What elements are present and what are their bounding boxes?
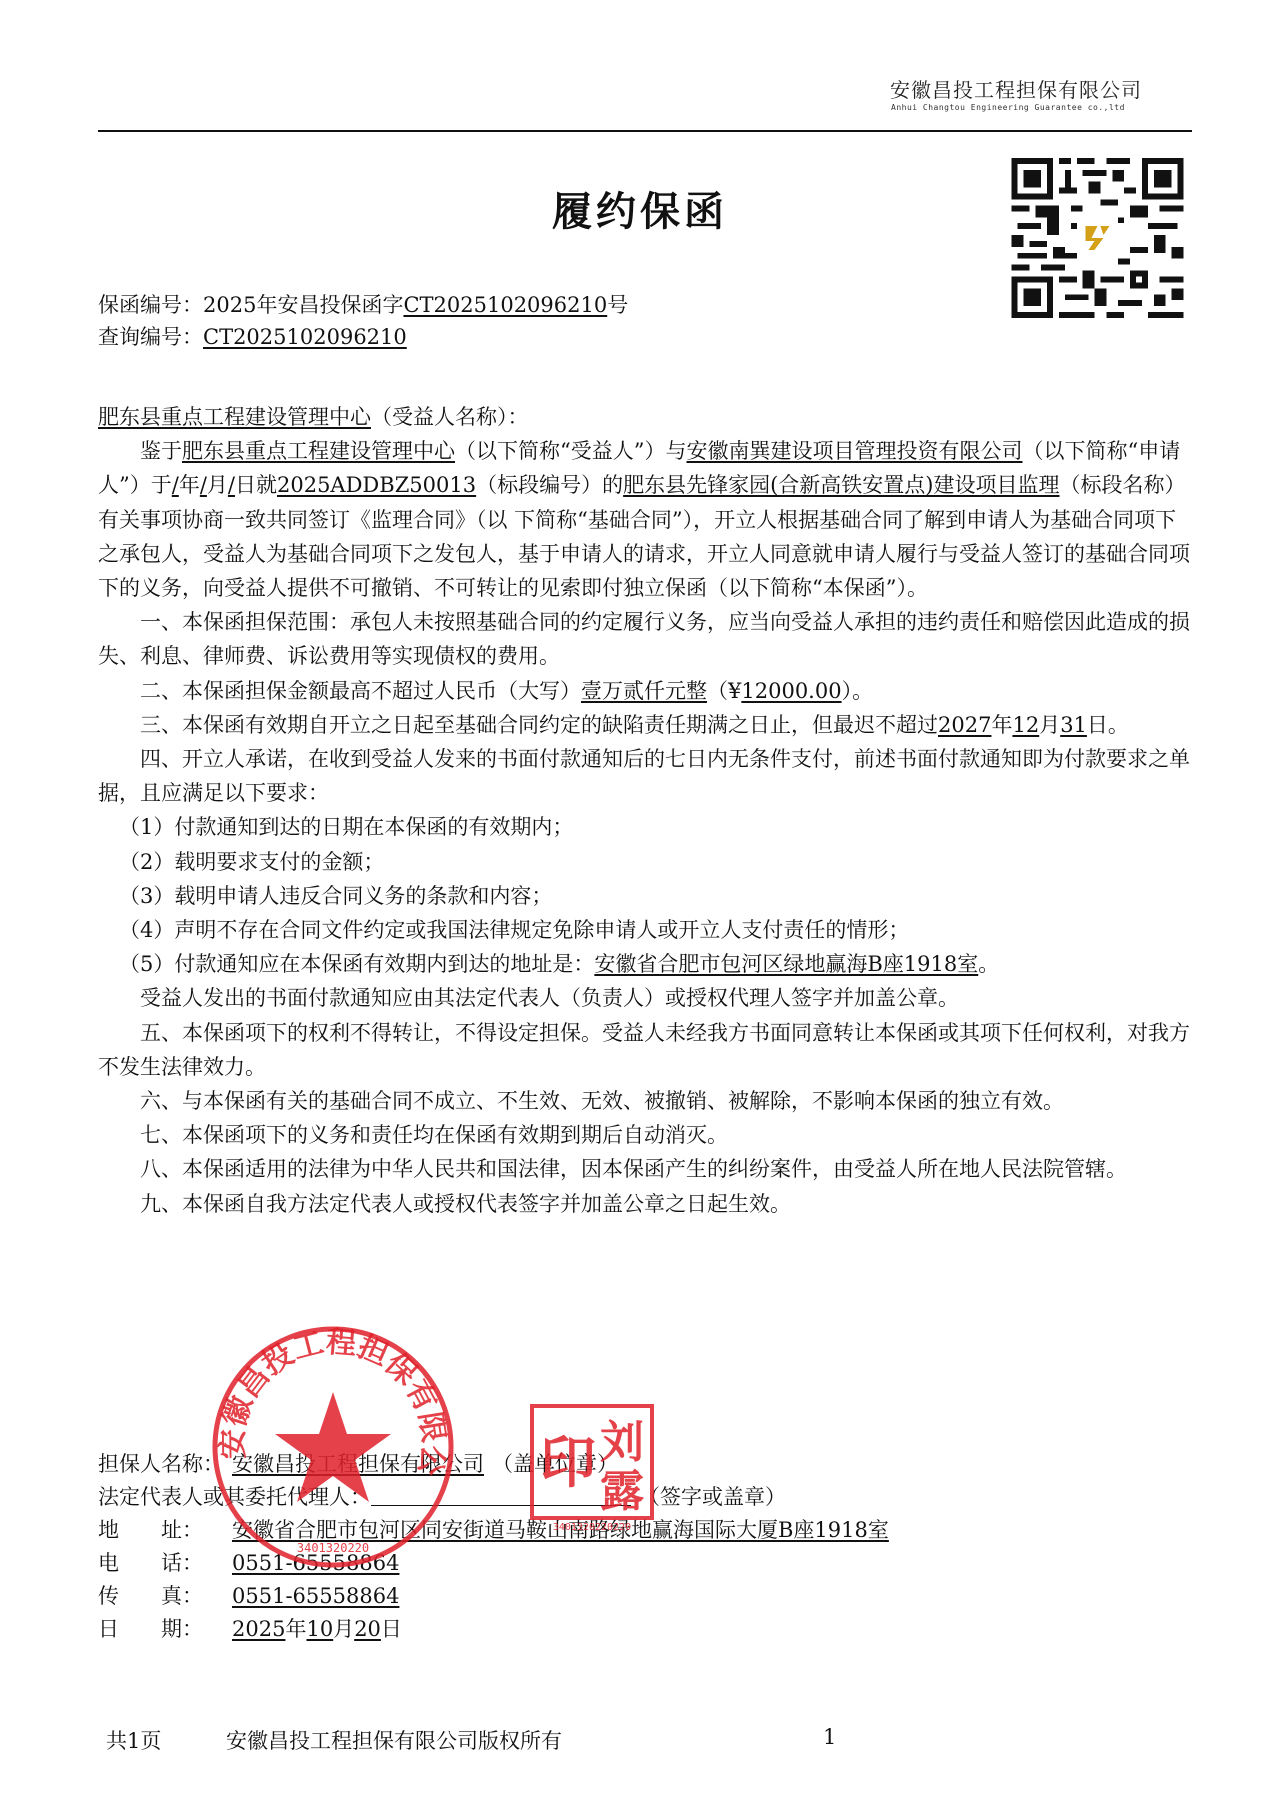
phone-value: 0551-65558864 xyxy=(232,1551,399,1575)
contract-year-blank: / xyxy=(172,473,179,497)
fax-label: 传 真： xyxy=(98,1580,232,1613)
clause-5: 五、本保函项下的权利不得转让，不得设定担保。受益人未经我方书面同意转让本保函或其… xyxy=(98,1016,1190,1084)
requirement-1: （1）付款通知到达的日期在本保函的有效期内； xyxy=(98,810,1190,844)
phone-label: 电 话： xyxy=(98,1547,232,1580)
representative-label: 法定代表人或其委托代理人： xyxy=(98,1485,371,1509)
intro-text: （标段编号）的 xyxy=(476,473,623,497)
section-name: 肥东县先锋家园(合新高铁安置点)建设项目监理 xyxy=(623,473,1059,497)
clause-2: 二、本保函担保金额最高不超过人民币（大写）壹万贰仟元整（¥12000.00）。 xyxy=(98,674,1190,708)
clause-text: （¥ xyxy=(707,679,741,703)
expiry-month: 12 xyxy=(1012,713,1039,737)
guarantee-number-line: 保函编号：2025年安昌投保函字CT2025102096210号 xyxy=(98,289,628,321)
guarantee-number-value: CT2025102096210 xyxy=(403,293,607,317)
fax-line: 传 真：0551-65558864 xyxy=(98,1580,889,1613)
fax-value: 0551-65558864 xyxy=(232,1584,399,1608)
intro-paragraph: 鉴于肥东县重点工程建设管理中心（以下简称“受益人”）与安徽南巽建设项目管理投资有… xyxy=(98,434,1190,605)
representative-line: 法定代表人或其委托代理人：（签字或盖章） xyxy=(98,1481,889,1514)
addressee-suffix: （受益人名称）： xyxy=(371,405,529,429)
query-number-label: 查询编号： xyxy=(98,325,203,349)
intro-text: 日就 xyxy=(235,473,277,497)
date-line: 日 期：2025年10月20日 xyxy=(98,1613,889,1646)
date-day: 20 xyxy=(354,1617,381,1641)
footer-page-count: 共1页 xyxy=(106,1725,161,1755)
notice-address: 安徽省合肥市包河区绿地赢海B座1918室 xyxy=(594,952,978,976)
clause-text: 年 xyxy=(991,713,1012,737)
guarantor-label: 担保人名称： xyxy=(98,1452,224,1476)
requirement-text: （5）付款通知应在本保函有效期内到达的地址是： xyxy=(119,952,594,976)
company-name-header: 安徽昌投工程担保有限公司 xyxy=(890,74,1142,103)
query-number-value: CT2025102096210 xyxy=(203,325,407,349)
signature-block: 担保人名称：安徽昌投工程担保有限公司（盖单位章） 法定代表人或其委托代理人：（签… xyxy=(98,1448,889,1646)
intro-text: 年 xyxy=(179,473,200,497)
clause-text: ）。 xyxy=(842,679,874,703)
clause-7: 七、本保函项下的义务和责任均在保函有效期到期后自动消灭。 xyxy=(98,1118,1190,1152)
phone-line: 电 话：0551-65558864 xyxy=(98,1547,889,1580)
intro-text: 鉴于 xyxy=(140,439,182,463)
amount-in-words: 壹万贰仟元整 xyxy=(581,679,707,703)
clause-4: 四、开立人承诺，在收到受益人发来的书面付款通知后的七日内无条件支付，前述书面付款… xyxy=(98,742,1190,810)
addressee-line: 肥东县重点工程建设管理中心（受益人名称）： xyxy=(98,400,1190,434)
requirement-2: （2）载明要求支付的金额； xyxy=(98,845,1190,879)
signature-note: 受益人发出的书面付款通知应由其法定代表人（负责人）或授权代理人签字并加盖公章。 xyxy=(98,981,1190,1015)
representative-signature-blank xyxy=(371,1483,631,1506)
guarantor-note: （盖单位章） xyxy=(492,1452,618,1476)
address-value: 安徽省合肥市包河区同安街道马鞍山南路绿地赢海国际大厦B座1918室 xyxy=(232,1518,889,1542)
guarantor-line: 担保人名称：安徽昌投工程担保有限公司（盖单位章） xyxy=(98,1448,889,1481)
clause-text: 二、本保函担保金额最高不超过人民币（大写） xyxy=(140,679,581,703)
guarantee-number-prefix: 2025年安昌投保函字 xyxy=(203,293,403,317)
guarantor-name: 安徽昌投工程担保有限公司 xyxy=(224,1452,492,1476)
clause-8: 八、本保函适用的法律为中华人民共和国法律，因本保函产生的纠纷案件，由受益人所在地… xyxy=(98,1152,1190,1186)
clause-3: 三、本保函有效期自开立之日起至基础合同约定的缺陷责任期满之日止，但最迟不超过20… xyxy=(98,708,1190,742)
company-name-english: Anhui Changtou Engineering Guarantee co.… xyxy=(891,103,1125,112)
expiry-day: 31 xyxy=(1060,713,1087,737)
clause-1: 一、本保函担保范围：承包人未按照基础合同的约定履行义务，应当向受益人承担的违约责… xyxy=(98,605,1190,673)
date-month: 10 xyxy=(306,1617,333,1641)
section-number: 2025ADDBZ50013 xyxy=(277,473,476,497)
address-label: 地 址： xyxy=(98,1514,232,1547)
applicant-name: 安徽南巽建设项目管理投资有限公司 xyxy=(686,439,1022,463)
clause-text: 日。 xyxy=(1087,713,1129,737)
requirement-5: （5）付款通知应在本保函有效期内到达的地址是：安徽省合肥市包河区绿地赢海B座19… xyxy=(98,947,1190,981)
header-divider xyxy=(98,130,1192,132)
date-text: 年 xyxy=(285,1617,306,1641)
clause-text: 月 xyxy=(1039,713,1060,737)
clause-6: 六、与本保函有关的基础合同不成立、不生效、无效、被撤销、被解除，不影响本保函的独… xyxy=(98,1084,1190,1118)
clause-9: 九、本保函自我方法定代表人或授权代表签字并加盖公章之日起生效。 xyxy=(98,1187,1190,1221)
contract-month-blank: / xyxy=(200,473,207,497)
guarantee-body: 肥东县重点工程建设管理中心（受益人名称）： 鉴于肥东县重点工程建设管理中心（以下… xyxy=(98,400,1190,1221)
representative-note: （签字或盖章） xyxy=(631,1485,786,1509)
date-text: 月 xyxy=(333,1617,354,1641)
guarantee-number-label: 保函编号： xyxy=(98,293,203,317)
intro-text: 月 xyxy=(207,473,228,497)
footer-page-number: 1 xyxy=(823,1725,836,1749)
footer-copyright: 安徽昌投工程担保有限公司版权所有 xyxy=(226,1725,562,1755)
guarantee-number-suffix: 号 xyxy=(607,293,628,317)
query-number-line: 查询编号：CT2025102096210 xyxy=(98,321,407,353)
expiry-year: 2027 xyxy=(938,713,991,737)
address-line: 地 址：安徽省合肥市包河区同安街道马鞍山南路绿地赢海国际大厦B座1918室 xyxy=(98,1514,889,1547)
addressee: 肥东县重点工程建设管理中心 xyxy=(98,405,371,429)
clause-text: 三、本保函有效期自开立之日起至基础合同约定的缺陷责任期满之日止，但最迟不超过 xyxy=(140,713,938,737)
beneficiary-name: 肥东县重点工程建设管理中心 xyxy=(182,439,455,463)
date-text: 日 xyxy=(381,1617,402,1641)
date-label: 日 期： xyxy=(98,1613,232,1646)
requirement-4: （4）声明不存在合同文件约定或我国法律规定免除申请人或开立人支付责任的情形； xyxy=(98,913,1190,947)
date-year: 2025 xyxy=(232,1617,285,1641)
amount-number: 12000.00 xyxy=(741,679,841,703)
qr-code-icon xyxy=(1010,158,1185,318)
contract-day-blank: / xyxy=(228,473,235,497)
intro-text: （以下简称“受益人”）与 xyxy=(455,439,686,463)
requirement-3: （3）载明申请人违反合同义务的条款和内容； xyxy=(98,879,1190,913)
requirement-text: 。 xyxy=(978,952,999,976)
